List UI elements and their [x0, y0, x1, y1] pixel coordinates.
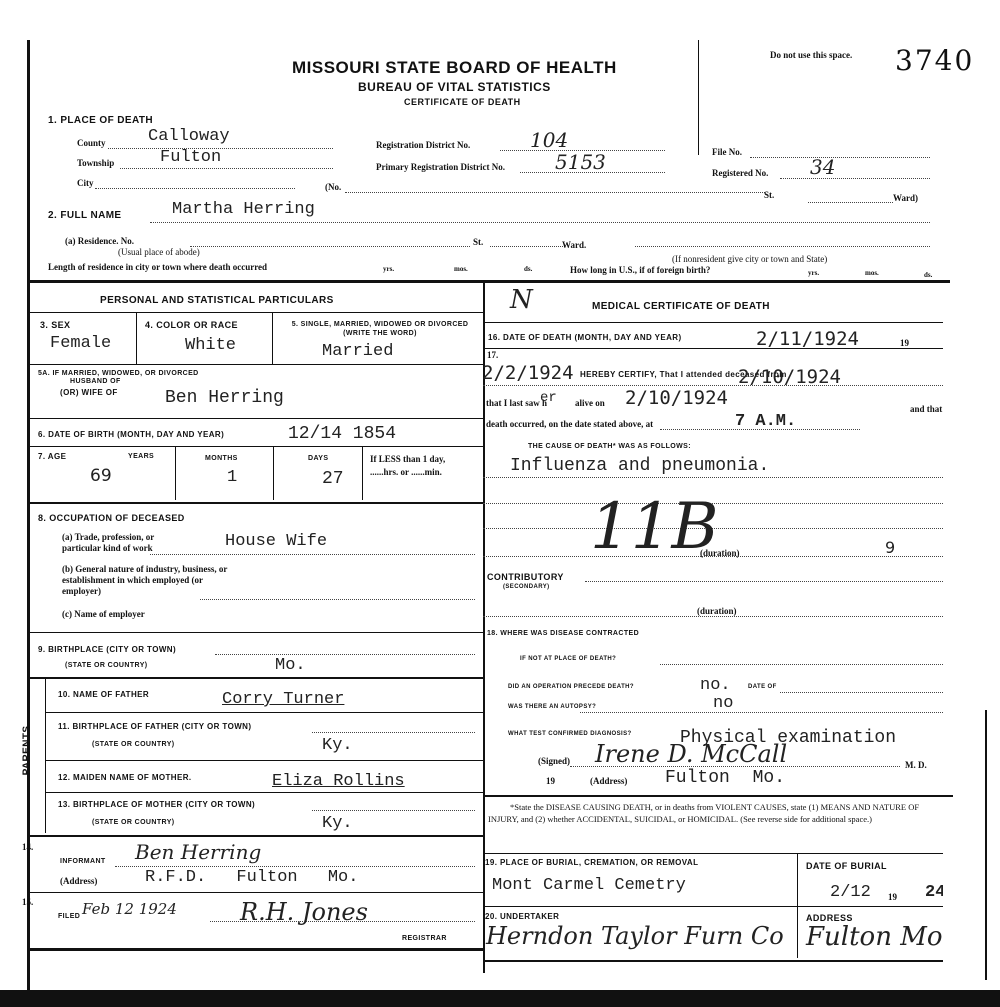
stamp-number: 3740	[895, 44, 974, 77]
column-divider	[483, 283, 485, 973]
bureau-title: BUREAU OF VITAL STATISTICS	[358, 80, 551, 94]
occupation-label: 8. OCCUPATION OF DECEASED	[38, 513, 185, 523]
date-of-death-label: 16. DATE OF DEATH (MONTH, DAY AND YEAR)	[488, 333, 682, 342]
date-of-death-19: 19	[900, 338, 909, 348]
birthplace-line	[215, 654, 475, 655]
rule-spouse	[30, 364, 483, 365]
trade-label: (a) Trade, profession, or particular kin…	[62, 532, 172, 554]
rule-parents	[30, 677, 483, 679]
informant-label: INFORMANT	[60, 858, 106, 865]
usual-place-note: (Usual place of abode)	[118, 247, 200, 257]
alive-on-value: 2/10/1924	[625, 387, 728, 409]
months-divider	[273, 446, 274, 500]
length-mos: mos.	[454, 265, 468, 273]
ward-line-top	[808, 202, 893, 203]
residence-extra-line	[635, 246, 930, 247]
marital-label: 5. SINGLE, MARRIED, WIDOWED OR DIVORCED …	[285, 320, 475, 338]
physician-19: 19	[546, 776, 555, 786]
informant-signature: Ben Herring	[135, 840, 261, 864]
residence-st-label: St.	[473, 237, 483, 247]
cause-value: Influenza and pneumonia.	[510, 456, 769, 476]
registration-district-label: Registration District No.	[376, 140, 470, 150]
rule-undertaker	[483, 906, 943, 907]
color-label: 4. COLOR OR RACE	[145, 320, 238, 330]
father-state-label: (STATE OR COUNTRY)	[92, 741, 175, 748]
parents-side-label: PARENTS	[21, 726, 32, 776]
rule-filed	[30, 892, 483, 893]
burial-place-value: Mont Carmel Cemetry	[492, 876, 686, 895]
cause-line-1	[483, 477, 943, 478]
rule-occupation	[30, 502, 483, 504]
duration-label-2: (duration)	[697, 606, 737, 616]
date-of-label: DATE OF	[748, 684, 777, 690]
father-birthplace-line	[312, 732, 475, 733]
mother-state-value: Ky.	[322, 814, 353, 833]
primary-registration-value: 5153	[555, 150, 606, 174]
and-that-label: and that	[910, 404, 942, 414]
county-value: Calloway	[148, 127, 230, 146]
length-yrs: yrs.	[383, 265, 394, 273]
township-label: Township	[77, 158, 114, 168]
marital-value: Married	[322, 342, 393, 361]
file-no-label: File No.	[712, 147, 742, 157]
test-label: WHAT TEST CONFIRMED DIAGNOSIS?	[508, 731, 632, 737]
operation-value: no.	[700, 676, 731, 695]
residence-label: (a) Residence. No.	[65, 236, 134, 246]
informant-address-label: (Address)	[60, 876, 97, 886]
city-line	[95, 188, 295, 189]
father-value: Corry Turner	[222, 690, 344, 709]
md-label: M. D.	[905, 760, 927, 770]
death-occurred-label: death occurred, on the date stated above…	[486, 419, 653, 429]
registration-district-value: 104	[530, 128, 568, 152]
days-divider	[362, 446, 363, 500]
bottom-scan-edge	[0, 990, 1000, 1007]
city-label: City	[77, 178, 94, 188]
township-line	[120, 168, 333, 169]
birthplace-label: 9. BIRTHPLACE (CITY OR TOWN)	[38, 645, 176, 654]
city-no-label: (No.	[325, 182, 341, 192]
informant-num: 14.	[22, 842, 33, 852]
operation-label: DID AN OPERATION PRECEDE DEATH?	[508, 684, 634, 690]
rule-dob	[30, 418, 483, 419]
date-of-death-value: 2/11/1924	[756, 328, 859, 350]
industry-line	[200, 599, 475, 600]
birthplace-state-label: (STATE OR COUNTRY)	[65, 662, 148, 669]
mother-label: 12. MAIDEN NAME OF MOTHER.	[58, 773, 192, 782]
how-long-label: How long in U.S., if of foreign birth?	[570, 265, 710, 275]
filed-date: Feb 12 1924	[82, 900, 177, 918]
alive-on-label: alive on	[575, 398, 605, 408]
autopsy-label: WAS THERE AN AUTOPSY?	[508, 704, 596, 710]
age-label: 7. AGE	[38, 452, 66, 461]
residence-line	[190, 246, 470, 247]
rule-mother	[45, 760, 483, 761]
dob-value: 12/14 1854	[288, 424, 396, 444]
city-no-line	[345, 192, 765, 193]
registrar-line	[210, 921, 475, 922]
color-value: White	[185, 336, 236, 355]
secondary-label: (SECONDARY)	[503, 584, 550, 590]
attended-from: 2/2/1924	[482, 362, 574, 384]
reviewer-checkmark: N	[510, 285, 533, 315]
color-divider	[272, 312, 273, 364]
burial-date-label: DATE OF BURIAL	[806, 861, 887, 871]
less-than-label: If LESS than 1 day, ......hrs. or ......…	[370, 453, 460, 479]
residence-ward-line	[490, 246, 565, 247]
rule-burial	[483, 853, 943, 854]
header-divider	[698, 40, 699, 155]
spouse-value: Ben Herring	[165, 388, 284, 408]
registered-no-label: Registered No.	[712, 168, 768, 178]
length-ds: ds.	[524, 265, 532, 273]
registered-no-line	[780, 178, 930, 179]
mother-value: Eliza Rollins	[272, 772, 405, 791]
rule-father-birth	[45, 712, 483, 713]
how-long-mos: mos.	[865, 269, 879, 277]
undertaker-value: Herndon Taylor Furn Co	[486, 922, 784, 950]
residence-ward-label: Ward.	[562, 240, 586, 250]
date-of-line	[780, 692, 943, 693]
signature-line	[570, 766, 900, 767]
sex-label: 3. SEX	[40, 320, 70, 330]
spouse-label-1: 5a. IF MARRIED, WIDOWED, OR DIVORCED	[38, 370, 199, 377]
trade-value: House Wife	[225, 532, 327, 551]
years-divider	[175, 446, 176, 500]
where-contracted-label: 18. WHERE WAS DISEASE CONTRACTED	[487, 630, 639, 637]
informant-address: R.F.D. Fulton Mo.	[145, 868, 358, 887]
father-label: 10. NAME OF FATHER	[58, 690, 149, 699]
rule-age	[30, 446, 483, 447]
days-value: 27	[322, 469, 344, 489]
rule-mother-birth	[45, 792, 483, 793]
father-birthplace-label: 11. BIRTHPLACE OF FATHER (CITY OR TOWN)	[58, 722, 251, 731]
cause-label: THE CAUSE OF DEATH* WAS AS FOLLOWS:	[528, 443, 691, 450]
registrar-label: REGISTRAR	[402, 935, 447, 942]
birthplace-state-value: Mo.	[275, 656, 306, 675]
last-saw-her: er	[540, 390, 557, 406]
right-border	[985, 710, 987, 980]
mother-state-label: (STATE OR COUNTRY)	[92, 819, 175, 826]
full-name-label: 2. FULL NAME	[48, 210, 122, 221]
spouse-label-2: HUSBAND OF	[70, 378, 121, 385]
days-label: DAYS	[308, 455, 328, 462]
dob-label: 6. DATE OF BIRTH (MONTH, DAY AND YEAR)	[38, 430, 224, 439]
form-title: MISSOURI STATE BOARD OF HEALTH	[292, 58, 617, 78]
do-not-use-note: Do not use this space.	[770, 50, 852, 60]
full-name-line	[150, 222, 930, 223]
burial-19: 19	[888, 892, 897, 902]
burial-year: 24	[925, 883, 943, 902]
parents-divider	[45, 677, 46, 833]
undertaker-address-value: Fulton Mo	[806, 922, 943, 952]
duration-line-2	[483, 616, 943, 617]
rule-birthplace	[30, 632, 483, 633]
father-state-value: Ky.	[322, 736, 353, 755]
physician-address: Fulton Mo.	[665, 768, 785, 788]
ward-label-top: Ward)	[893, 193, 918, 203]
sex-value: Female	[50, 334, 111, 353]
mother-birthplace-line	[312, 810, 475, 811]
if-not-label: IF NOT AT PLACE OF DEATH?	[520, 656, 616, 662]
months-value: 1	[227, 468, 237, 487]
trade-line	[150, 554, 475, 555]
file-no-line	[750, 157, 930, 158]
filed-label: FILED	[58, 913, 80, 920]
filed-num: 15.	[22, 897, 33, 907]
registered-no-value: 34	[810, 155, 835, 179]
medical-section-title: MEDICAL CERTIFICATE OF DEATH	[592, 301, 770, 312]
informant-line	[115, 866, 475, 867]
autopsy-line	[580, 712, 943, 713]
primary-registration-label: Primary Registration District No.	[376, 162, 505, 172]
cause-footnote: *State the DISEASE CAUSING DEATH, or in …	[488, 801, 940, 825]
personal-section-title: PERSONAL AND STATISTICAL PARTICULARS	[100, 295, 334, 306]
years-value: 69	[90, 466, 112, 486]
how-long-ds: ds.	[924, 271, 932, 279]
rule-date-death	[483, 322, 943, 323]
length-residence-label: Length of residence in city or town wher…	[48, 262, 267, 272]
duration-days: 9	[885, 538, 895, 557]
burial-date-value: 2/12	[830, 883, 871, 902]
num-17: 17.	[487, 350, 498, 360]
death-time: 7 A.M.	[735, 412, 796, 431]
contributory-line	[585, 581, 943, 582]
duration-line-1	[483, 556, 943, 557]
contributory-label: CONTRIBUTORY	[487, 572, 564, 582]
last-saw-label: that I last saw h	[486, 398, 547, 408]
rule-certify	[483, 348, 943, 349]
header-bottom-rule	[30, 280, 950, 283]
industry-label: (b) General nature of industry, business…	[62, 564, 242, 597]
employer-label: (c) Name of employer	[62, 609, 145, 619]
months-label: MONTHS	[205, 455, 238, 462]
if-not-line	[660, 664, 943, 665]
rule-footnote	[483, 795, 953, 797]
burial-place-label: 19. PLACE OF BURIAL, CREMATION, OR REMOV…	[485, 858, 698, 867]
rule-personal	[30, 312, 483, 313]
spouse-label-3: (OR) WIFE OF	[60, 388, 118, 397]
rule-burial-bottom	[483, 960, 943, 962]
nonresident-note: (If nonresident give city or town and St…	[672, 254, 827, 264]
township-value: Fulton	[160, 148, 221, 167]
full-name-value: Martha Herring	[172, 200, 315, 219]
years-label: YEARS	[128, 453, 154, 460]
county-label: County	[77, 138, 106, 148]
sex-divider	[136, 312, 137, 364]
certificate-title: CERTIFICATE OF DEATH	[404, 97, 521, 107]
physician-signature: Irene D. McCall	[595, 740, 787, 768]
rule-informant	[30, 835, 483, 837]
place-of-death-label: 1. PLACE OF DEATH	[48, 115, 153, 126]
certify-line	[483, 385, 943, 386]
mother-birthplace-label: 13. BIRTHPLACE OF MOTHER (CITY OR TOWN)	[58, 800, 255, 809]
how-long-yrs: yrs.	[808, 269, 819, 277]
rule-left-bottom	[30, 948, 485, 951]
physician-address-label: (Address)	[590, 776, 627, 786]
signed-label: (Signed)	[538, 756, 570, 766]
autopsy-value: no	[713, 694, 733, 713]
st-label-top: St.	[764, 190, 774, 200]
undertaker-label: 20. UNDERTAKER	[485, 912, 559, 921]
